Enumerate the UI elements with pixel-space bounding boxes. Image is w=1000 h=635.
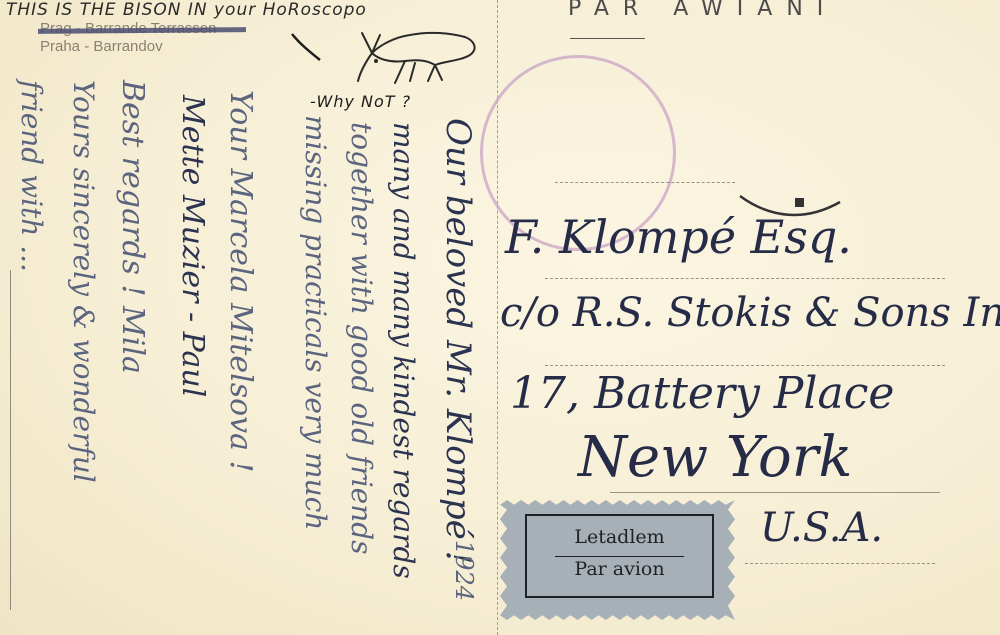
address-rule [610,492,940,493]
address-city: New York [578,425,852,490]
address-rule [545,278,945,279]
bison-doodle-icon [350,25,490,95]
bracket-mark-icon [290,30,330,70]
airmail-label-line2: Par avion [527,558,712,580]
address-rule [545,365,945,366]
address-rule [555,182,735,183]
printed-caption: Praha - Barrandov [40,38,163,55]
airmail-label-line1: Letadlem [527,526,712,548]
printed-caption-struck: Prag - Barrande Terrassen [40,20,216,37]
airmail-label-rule [555,556,684,557]
message-line: friend with ... [15,80,48,272]
address-line-1: c/o R.S. Stokis & Sons Inc. [500,290,1000,336]
address-rule [745,563,935,564]
message-line: Your Marcela Mitelsova ! [223,90,258,473]
message-line: Best regards ! Mila [115,80,150,374]
air-mail-underline [570,38,645,39]
message-line: together with good old friends [345,122,378,555]
airmail-label-frame: Letadlem Par avion [525,514,714,598]
year-note: 1924 [450,540,478,601]
message-line: Our beloved Mr. Klompé ! [438,118,478,564]
margin-rule [10,270,11,610]
airmail-label: Letadlem Par avion [500,500,735,620]
postcard-back: THIS IS THE BISON IN your HoRoscopo Prag… [0,0,1000,635]
air-mail-note: PAR AWIANI [568,0,837,21]
message-line: Yours sincerely & wonderful [67,80,100,483]
header-note: THIS IS THE BISON IN your HoRoscopo [6,0,367,20]
message-line: many and many kindest regards [387,122,420,579]
why-not-note: -Why NoT ? [310,92,411,111]
message-line: missing practicals very much [299,115,332,530]
address-line-2: 17, Battery Place [510,368,894,419]
message-line: Mette Muzier - Paul [175,95,210,397]
address-country: U.S.A. [760,505,883,551]
recipient-name: F. Klompé Esq. [505,210,852,264]
